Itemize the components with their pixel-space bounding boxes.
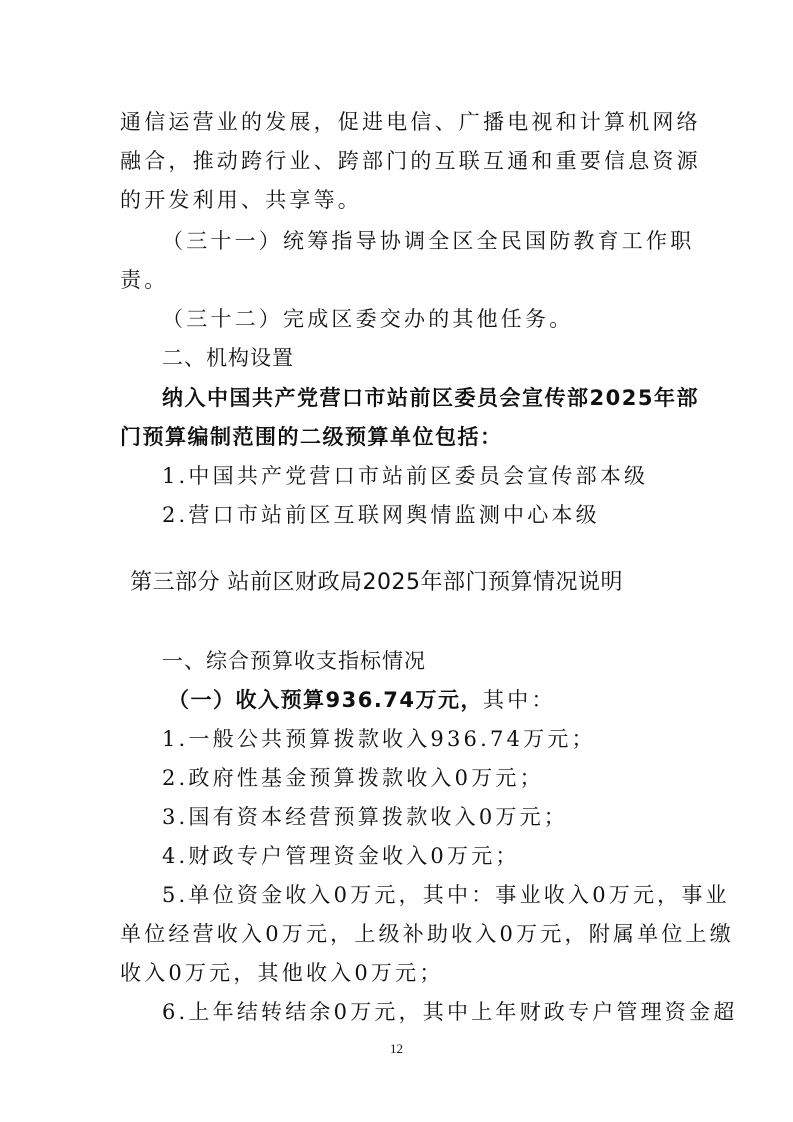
list-item: 2.营口市站前区互联网舆情监测中心本级 bbox=[162, 505, 600, 526]
paragraph-line: 的开发利用、共享等。 bbox=[120, 190, 362, 211]
paragraph-line-bold: 门预算编制范围的二级预算单位包括： bbox=[120, 427, 503, 448]
section-heading-org: 二、机构设置 bbox=[162, 348, 294, 369]
income-heading-bold: （一）收入预算936.74万元， bbox=[168, 688, 483, 712]
subsection-heading: 一、综合预算收支指标情况 bbox=[162, 651, 426, 672]
paragraph-line-bold: 纳入中国共产党营口市站前区委员会宣传部2025年部 bbox=[162, 388, 699, 409]
section-title: 第三部分 站前区财政局2025年部门预算情况说明 bbox=[130, 572, 623, 594]
income-item: 3.国有资本经营预算拨款收入0万元； bbox=[162, 807, 568, 828]
income-item-continued: 单位经营收入0万元，上级补助收入0万元，附属单位上缴 bbox=[120, 924, 734, 945]
income-heading: （一）收入预算936.74万元，其中： bbox=[168, 690, 556, 711]
paragraph-line: 通信运营业的发展，促进电信、广播电视和计算机网络 bbox=[120, 112, 701, 133]
income-item: 4.财政专户管理资金收入0万元； bbox=[162, 846, 520, 867]
income-heading-rest: 其中： bbox=[483, 688, 556, 712]
income-item-continued: 收入0万元，其他收入0万元； bbox=[120, 963, 444, 984]
paragraph-line: （三十一）统筹指导协调全区全民国防教育工作职 bbox=[162, 231, 694, 252]
paragraph-line: 责。 bbox=[120, 270, 168, 291]
list-item: 1.中国共产党营口市站前区委员会宣传部本级 bbox=[162, 466, 648, 487]
income-item: 6.上年结转结余0万元，其中上年财政专户管理资金超 bbox=[162, 1002, 737, 1023]
paragraph-line: （三十二）完成区委交办的其他任务。 bbox=[162, 309, 573, 330]
income-item: 5.单位资金收入0万元，其中：事业收入0万元，事业 bbox=[162, 885, 730, 906]
income-item: 2.政府性基金预算拨款收入0万元； bbox=[162, 768, 544, 789]
page-number: 12 bbox=[0, 1041, 793, 1057]
paragraph-line: 融合，推动跨行业、跨部门的互联互通和重要信息资源 bbox=[120, 151, 701, 172]
income-item: 1.一般公共预算拨款收入936.74万元； bbox=[162, 729, 596, 750]
